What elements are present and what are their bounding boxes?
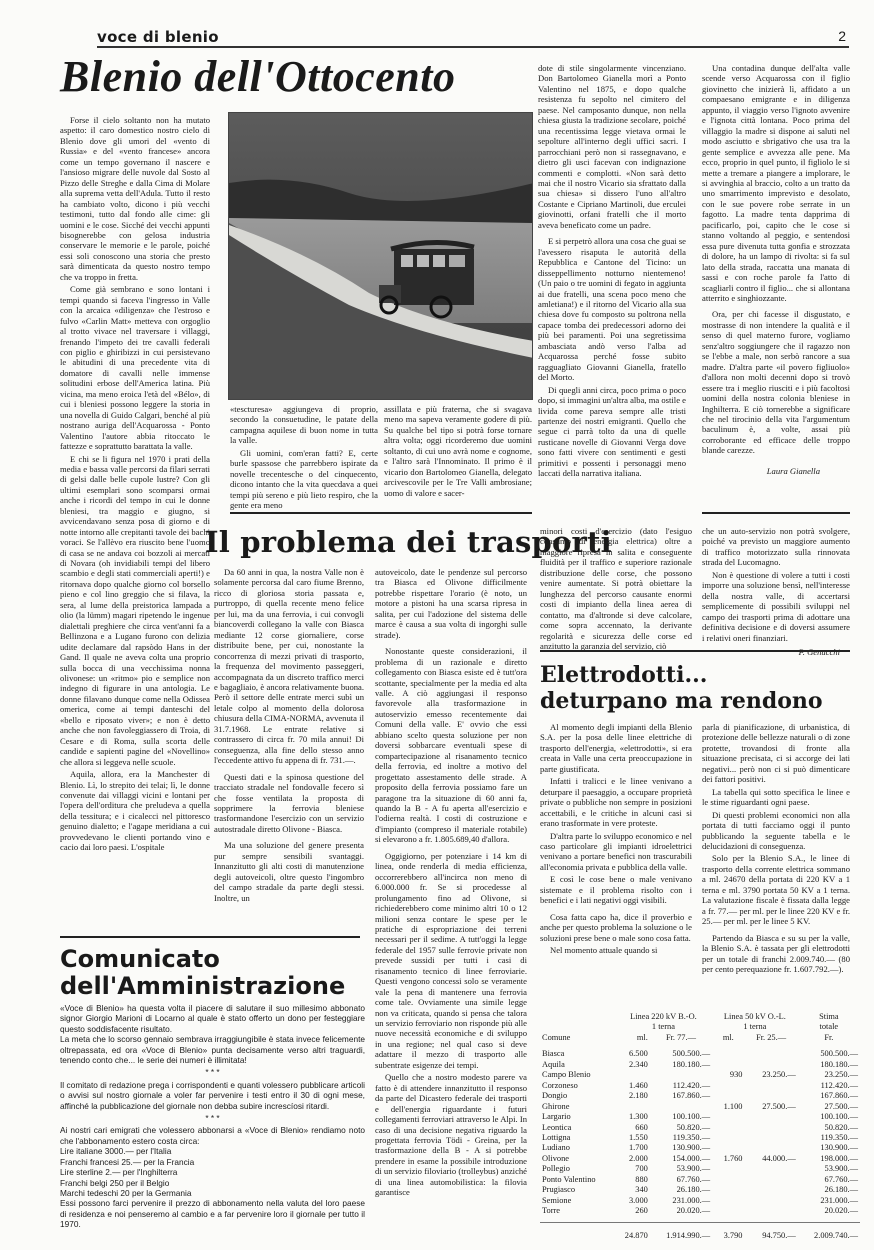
cell-ml50 <box>712 1049 744 1059</box>
cell-comune: Aquila <box>540 1060 615 1070</box>
cell-ml220: 2.340 <box>615 1060 650 1070</box>
cell-ml220: 6.500 <box>615 1049 650 1059</box>
separator: * * * <box>60 1067 365 1077</box>
price-item: Marchi tedeschi 20 per la Germania <box>60 1188 365 1198</box>
paragraph: Questi dati e la spinosa questione del t… <box>214 772 364 835</box>
paragraph: La tabella qui sotto specifica le linee … <box>702 787 850 808</box>
cell-ml220: 260 <box>615 1206 650 1216</box>
paragraph: dote di stile singolarmente vincenziano.… <box>538 63 686 230</box>
cell-fr220: 67.760.— <box>650 1175 712 1185</box>
price-item: Lire sterline 2.— per l'Inghilterra <box>60 1167 365 1177</box>
cell-ml220: 2.180 <box>615 1091 650 1101</box>
paragraph: Il comitato di redazione prega i corrisp… <box>60 1080 365 1111</box>
paragraph: Nel momento attuale quando si <box>540 945 692 955</box>
paragraph: Ai nostri cari emigrati che volessero ab… <box>60 1125 365 1146</box>
cell-fr50 <box>744 1049 797 1059</box>
article2-column-3: minori costi d'esercizio (dato l'esiguo … <box>540 526 692 651</box>
paragraph: E si perpetrò allora una cosa che guai s… <box>538 236 686 382</box>
cell-comune: Prugiasco <box>540 1185 615 1195</box>
cell-fr220: 231.000.— <box>650 1196 712 1206</box>
cell-comune: Ludiano <box>540 1143 615 1153</box>
author-signature: Laura Gianella <box>702 466 850 476</box>
cell-totale: 26.180.— <box>798 1185 860 1195</box>
section-rule <box>702 512 850 514</box>
publication-name: voce di blenio <box>97 28 219 46</box>
cell-totale: 67.760.— <box>798 1175 860 1185</box>
table-row: Ludiano1.700130.900.—130.900.— <box>540 1143 860 1153</box>
paragraph: Partendo da Biasca e su su per la valle,… <box>702 933 850 975</box>
title-line: dell'Amministrazione <box>60 973 345 1000</box>
total-ml220: 24.870 <box>615 1223 650 1242</box>
cell-comune: Leontica <box>540 1123 615 1133</box>
table-header-row: 1 terna 1 terna totale <box>540 1022 860 1032</box>
paragraph: Da 60 anni in qua, la nostra Valle non è… <box>214 567 364 766</box>
paragraph: Essi possono farci pervenire il prezzo d… <box>60 1198 365 1229</box>
paragraph: minori costi d'esercizio (dato l'esiguo … <box>540 526 692 651</box>
table-row: Aquila2.340180.180.—180.180.— <box>540 1060 860 1070</box>
cell-totale: 50.820.— <box>798 1123 860 1133</box>
paragraph: Infatti i tralicci e le linee venivano a… <box>540 776 692 828</box>
column-header: Comune <box>540 1033 615 1043</box>
cell-ml220: 1.460 <box>615 1081 650 1091</box>
cell-ml50 <box>712 1206 744 1216</box>
cell-totale: 119.350.— <box>798 1133 860 1143</box>
cell-fr220: 500.500.— <box>650 1049 712 1059</box>
article3-column-1: Al momento degli impianti della Blenio S… <box>540 722 692 956</box>
paragraph: che un auto-servizio non potrà svolgere,… <box>702 526 850 568</box>
cell-fr220: 154.000.— <box>650 1154 712 1164</box>
table-row: Semione3.000231.000.—231.000.— <box>540 1196 860 1206</box>
cell-fr50 <box>744 1175 797 1185</box>
section-rule <box>60 936 360 938</box>
separator: * * * <box>60 1113 365 1123</box>
cell-totale: 23.250.— <box>798 1070 860 1080</box>
cell-fr50: 23.250.— <box>744 1070 797 1080</box>
column-header: Fr. <box>798 1033 860 1043</box>
cell-fr220: 53.900.— <box>650 1164 712 1174</box>
column-header: Fr. 77.— <box>650 1033 712 1043</box>
cell-fr50 <box>744 1133 797 1143</box>
table-row: Prugiasco34026.180.—26.180.— <box>540 1185 860 1195</box>
cell-ml50 <box>712 1164 744 1174</box>
table-header-row: Linea 220 kV B.-O. Linea 50 kV O.-L. Sti… <box>540 1012 860 1022</box>
total-ml50: 3.790 <box>712 1223 744 1242</box>
paragraph: Di quegli anni circa, poco prima o poco … <box>538 385 686 479</box>
paragraph: Forse il cielo soltanto non ha mutato as… <box>60 115 210 282</box>
paragraph: Cosa fatta capo ha, dice il proverbio e … <box>540 912 692 943</box>
price-item: Franchi francesi 25.— per la Francia <box>60 1157 365 1167</box>
cell-fr50 <box>744 1143 797 1153</box>
cell-ml220: 1.550 <box>615 1133 650 1143</box>
cell-fr50: 44.000.— <box>744 1154 797 1164</box>
cell-comune: Dongio <box>540 1091 615 1101</box>
cell-comune: Lottigna <box>540 1133 615 1143</box>
cell-fr220 <box>650 1102 712 1112</box>
paragraph: «Voce di Blenio» ha questa volta il piac… <box>60 1003 365 1034</box>
article2-column-2: autoveicolo, date le pendenze sul percor… <box>375 567 527 1198</box>
table-row: Ghirone1.10027.500.—27.500.— <box>540 1102 860 1112</box>
paragraph: Di questi problemi economici non alla po… <box>702 810 850 852</box>
paragraph: Aquila, allora, era la Manchester di Ble… <box>60 769 210 853</box>
paragraph: D'altra parte lo sviluppo economico e ne… <box>540 831 692 873</box>
table-row: Olivone2.000154.000.—1.76044.000.—198.00… <box>540 1154 860 1164</box>
paragraph: E così le cose bene o male venivano sist… <box>540 874 692 905</box>
elettrodotti-table: Linea 220 kV B.-O. Linea 50 kV O.-L. Sti… <box>540 1012 860 1242</box>
cell-ml220: 700 <box>615 1164 650 1174</box>
cell-totale: 231.000.— <box>798 1196 860 1206</box>
cell-comune: Campo Blenio <box>540 1070 615 1080</box>
cell-fr220: 26.180.— <box>650 1185 712 1195</box>
article1-column-4: dote di stile singolarmente vincenziano.… <box>538 63 686 479</box>
cell-fr220: 112.420.— <box>650 1081 712 1091</box>
cell-fr220: 20.020.— <box>650 1206 712 1216</box>
paragraph: E chi se li figura nel 1970 i prati dell… <box>60 454 210 768</box>
price-item: Lire italiane 3000.— per l'Italia <box>60 1146 365 1156</box>
column-header: 1 terna <box>615 1022 712 1032</box>
cell-totale: 198.000.— <box>798 1154 860 1164</box>
table-row: Leontica66050.820.—50.820.— <box>540 1123 860 1133</box>
cell-ml220 <box>615 1070 650 1080</box>
title-line: Comunicato <box>60 946 345 973</box>
table-row: Pollegio70053.900.—53.900.— <box>540 1164 860 1174</box>
total-fr220: 1.914.990.— <box>650 1223 712 1242</box>
table-row: Corzoneso1.460112.420.—112.420.— <box>540 1081 860 1091</box>
title-line: deturpano ma rendono <box>540 688 823 714</box>
table-totals-row: 24.870 1.914.990.— 3.790 94.750.— 2.009.… <box>540 1223 860 1242</box>
header-rule <box>97 46 849 48</box>
cell-fr220: 100.100.— <box>650 1112 712 1122</box>
table-row: Ponto Valentino88067.760.—67.760.— <box>540 1175 860 1185</box>
cell-comune: Olivone <box>540 1154 615 1164</box>
cell-totale: 27.500.— <box>798 1102 860 1112</box>
paragraph: «tescturesa» aggiungeva di proprio, seco… <box>230 404 378 446</box>
price-item: Franchi belgi 250 per il Belgio <box>60 1178 365 1188</box>
cell-comune: Ghirone <box>540 1102 615 1112</box>
title-line: Elettrodotti... <box>540 662 823 688</box>
cell-fr50 <box>744 1123 797 1133</box>
table-header-row: Comune ml. Fr. 77.— ml. Fr. 25.— Fr. <box>540 1033 860 1043</box>
cell-comune: Torre <box>540 1206 615 1216</box>
cell-fr50 <box>744 1206 797 1216</box>
paragraph: Ma una soluzione del genere presenta pur… <box>214 840 364 903</box>
cell-comune: Ponto Valentino <box>540 1175 615 1185</box>
article3-column-2: parla di pianificazione, di urbanistica,… <box>702 722 850 974</box>
paragraph: Gli uomini, com'eran fatti? E, certe bur… <box>230 448 378 511</box>
cell-totale: 20.020.— <box>798 1206 860 1216</box>
cell-fr50 <box>744 1081 797 1091</box>
cell-ml220: 2.000 <box>615 1154 650 1164</box>
paragraph: autoveicolo, date le pendenze sul percor… <box>375 567 527 640</box>
cell-fr50 <box>744 1164 797 1174</box>
cell-ml50 <box>712 1185 744 1195</box>
cell-ml50 <box>712 1175 744 1185</box>
paragraph: Non è questione di volere a tutti i cost… <box>702 570 850 643</box>
cell-comune: Pollegio <box>540 1164 615 1174</box>
column-header: Linea 220 kV B.-O. <box>615 1012 712 1022</box>
article2-column-4: che un auto-servizio non potrà svolgere,… <box>702 526 850 657</box>
historic-bus-photo <box>228 112 533 400</box>
paragraph: Al momento degli impianti della Blenio S… <box>540 722 692 774</box>
cell-totale: 180.180.— <box>798 1060 860 1070</box>
cell-ml50 <box>712 1112 744 1122</box>
column-header: Fr. 25.— <box>744 1033 797 1043</box>
article-title-blenio-ottocento: Blenio dell'Ottocento <box>60 55 455 99</box>
cell-fr50: 27.500.— <box>744 1102 797 1112</box>
cell-ml50 <box>712 1133 744 1143</box>
table-row: Torre26020.020.—20.020.— <box>540 1206 860 1216</box>
section-rule <box>230 512 532 514</box>
paragraph: Oggigiorno, per potenziare i 14 km di li… <box>375 851 527 1071</box>
cell-comune: Semione <box>540 1196 615 1206</box>
column-header: totale <box>798 1022 860 1032</box>
total-stima: 2.009.740.— <box>798 1223 860 1242</box>
paragraph: assillata e più fraterna, che si svagava… <box>384 404 532 498</box>
paragraph: Quello che a nostro modesto parere va fa… <box>375 1072 527 1197</box>
paragraph: Ora, per chi facesse il disgustato, e mo… <box>702 309 850 455</box>
cell-comune: Biasca <box>540 1049 615 1059</box>
cell-fr50 <box>744 1185 797 1195</box>
cell-ml220: 340 <box>615 1185 650 1195</box>
cell-totale: 100.100.— <box>798 1112 860 1122</box>
cell-ml220: 1.700 <box>615 1143 650 1153</box>
cell-ml50: 1.100 <box>712 1102 744 1112</box>
cell-comune: Largario <box>540 1112 615 1122</box>
cell-totale: 167.860.— <box>798 1091 860 1101</box>
article2-column-1: Da 60 anni in qua, la nostra Valle non è… <box>214 567 364 903</box>
cell-ml50 <box>712 1123 744 1133</box>
paragraph: La meta che lo scorso gennaio sembrava i… <box>60 1034 365 1065</box>
table-row: Campo Blenio93023.250.—23.250.— <box>540 1070 860 1080</box>
cell-ml50 <box>712 1196 744 1206</box>
article1-column-1: Forse il cielo soltanto non ha mutato as… <box>60 115 210 853</box>
cell-ml220: 880 <box>615 1175 650 1185</box>
section-rule <box>540 650 850 652</box>
table-row: Largario1.300100.100.—100.100.— <box>540 1112 860 1122</box>
cell-fr220: 50.820.— <box>650 1123 712 1133</box>
column-header: Linea 50 kV O.-L. <box>712 1012 798 1022</box>
paragraph: Una contadina dunque dell'alta valle sce… <box>702 63 850 303</box>
article-title-elettrodotti: Elettrodotti... deturpano ma rendono <box>540 662 823 714</box>
cell-ml50: 1.760 <box>712 1154 744 1164</box>
column-header: ml. <box>615 1033 650 1043</box>
paragraph: Nonostante queste considerazioni, il pro… <box>375 646 527 845</box>
cell-comune: Corzoneso <box>540 1081 615 1091</box>
cell-ml50: 930 <box>712 1070 744 1080</box>
cell-ml50 <box>712 1060 744 1070</box>
cell-totale: 130.900.— <box>798 1143 860 1153</box>
paragraph: Come già sembrano e sono lontani i tempi… <box>60 284 210 451</box>
cell-ml50 <box>712 1081 744 1091</box>
photo-image-icon <box>229 113 533 400</box>
author-signature: P. Genucchi <box>702 647 850 657</box>
column-header: ml. <box>712 1033 744 1043</box>
cell-ml220 <box>615 1102 650 1112</box>
cell-totale: 500.500.— <box>798 1049 860 1059</box>
cell-ml220: 3.000 <box>615 1196 650 1206</box>
cell-fr220: 119.350.— <box>650 1133 712 1143</box>
column-header: 1 terna <box>712 1022 798 1032</box>
cell-fr50 <box>744 1196 797 1206</box>
cell-ml220: 660 <box>615 1123 650 1133</box>
table-row: Lottigna1.550119.350.—119.350.— <box>540 1133 860 1143</box>
cell-fr220: 130.900.— <box>650 1143 712 1153</box>
cell-fr50 <box>744 1091 797 1101</box>
article1-column-5: Una contadina dunque dell'alta valle sce… <box>702 63 850 476</box>
cell-ml50 <box>712 1143 744 1153</box>
cell-ml220: 1.300 <box>615 1112 650 1122</box>
total-fr50: 94.750.— <box>744 1223 797 1242</box>
column-header: Stima <box>798 1012 860 1022</box>
paragraph: Solo per la Blenio S.A., le linee di tra… <box>702 853 850 926</box>
comunicato-body: «Voce di Blenio» ha questa volta il piac… <box>60 1003 365 1230</box>
cell-fr50 <box>744 1112 797 1122</box>
article1-column-2: «tescturesa» aggiungeva di proprio, seco… <box>230 404 378 511</box>
article-title-comunicato: Comunicato dell'Amministrazione <box>60 946 345 1000</box>
cell-fr220: 180.180.— <box>650 1060 712 1070</box>
table-row: Dongio2.180167.860.—167.860.— <box>540 1091 860 1101</box>
page-number: 2 <box>838 28 846 44</box>
paragraph: parla di pianificazione, di urbanistica,… <box>702 722 850 785</box>
cell-fr50 <box>744 1060 797 1070</box>
article1-column-3: assillata e più fraterna, che si svagava… <box>384 404 532 498</box>
cell-totale: 53.900.— <box>798 1164 860 1174</box>
cell-fr220: 167.860.— <box>650 1091 712 1101</box>
cell-fr220 <box>650 1070 712 1080</box>
cell-totale: 112.420.— <box>798 1081 860 1091</box>
cell-ml50 <box>712 1091 744 1101</box>
table-row: Biasca6.500500.500.—500.500.— <box>540 1049 860 1059</box>
